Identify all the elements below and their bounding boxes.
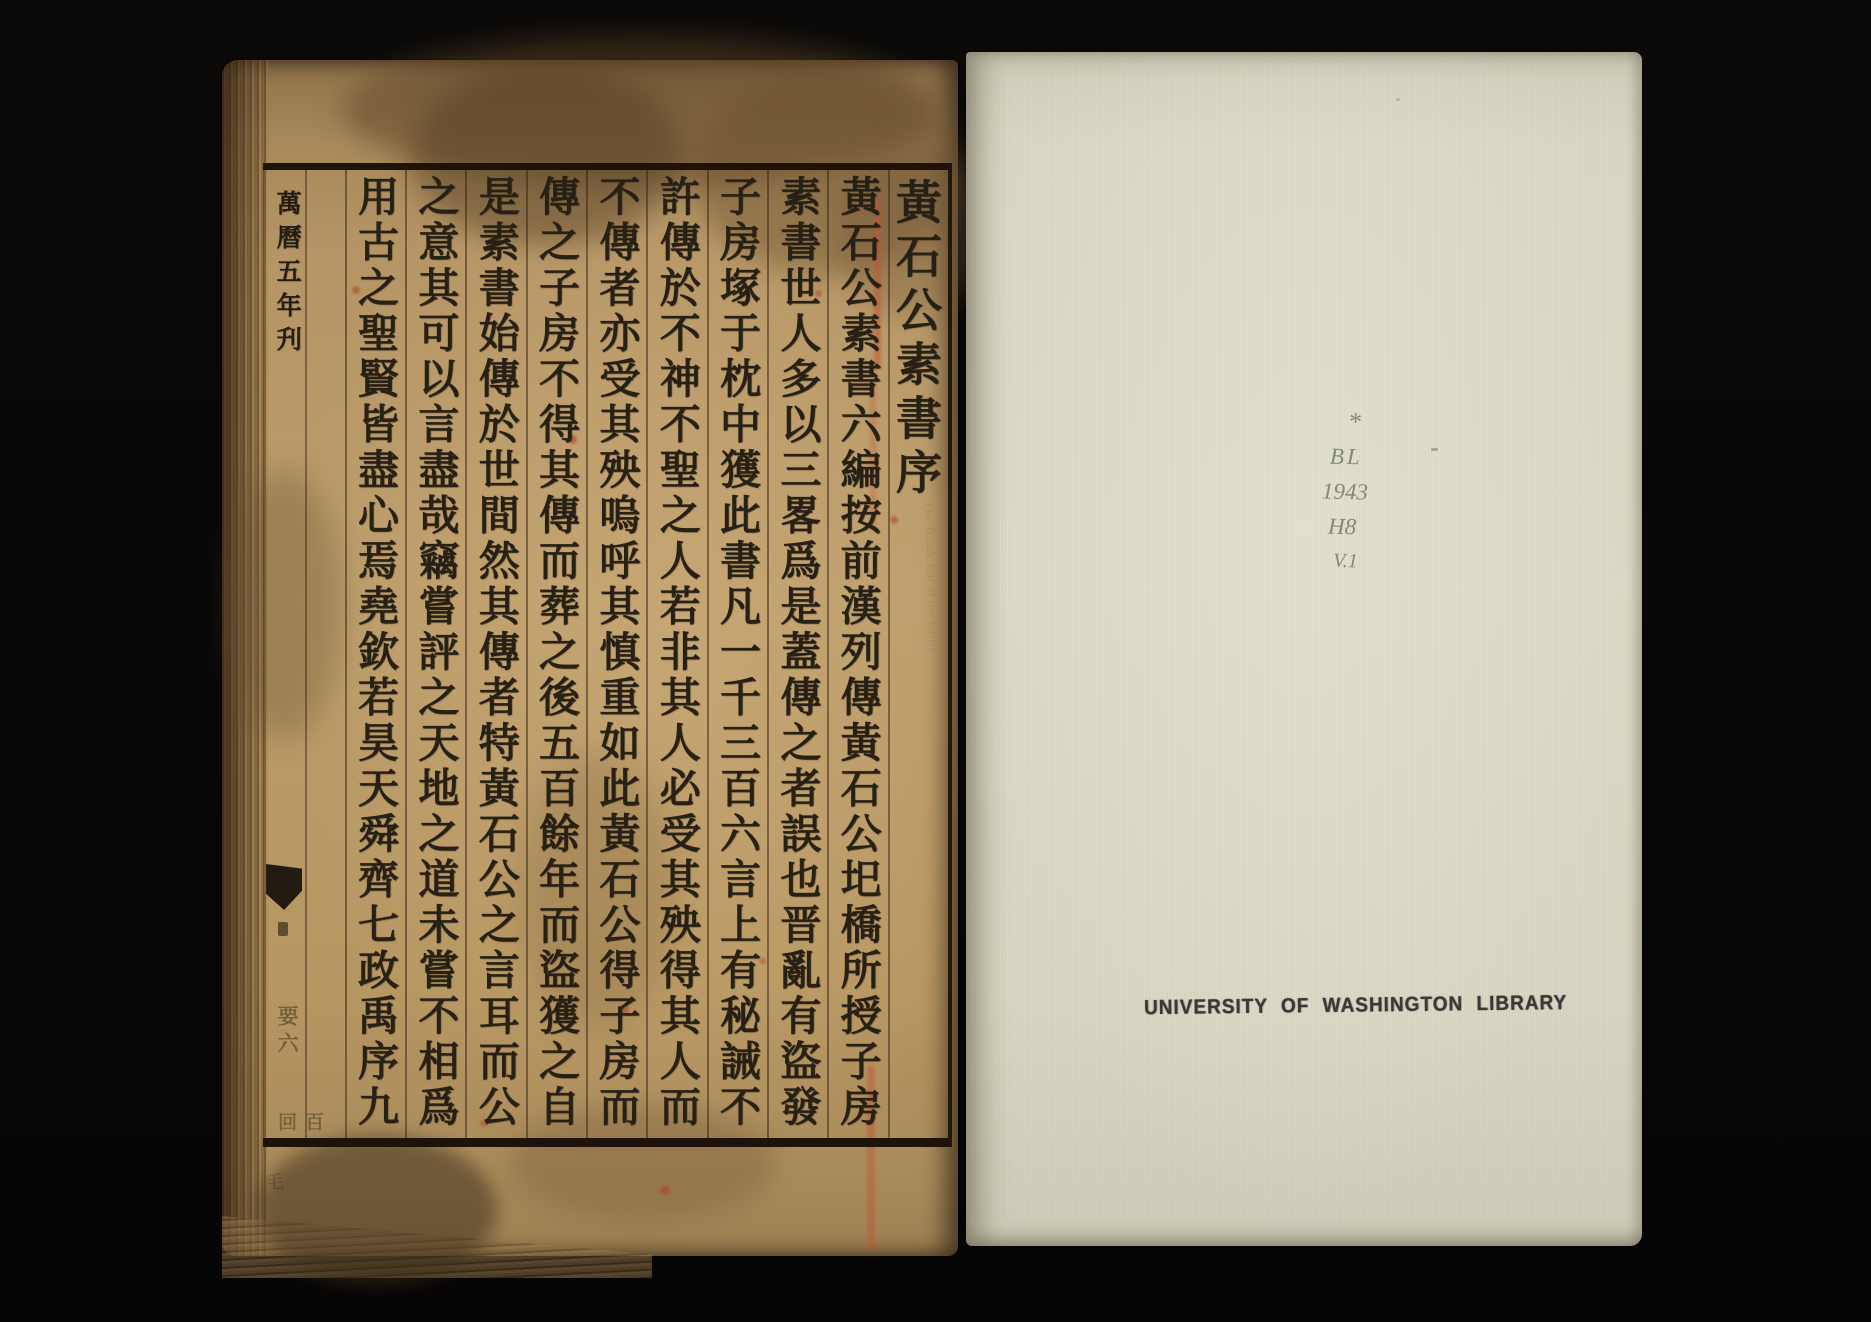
- text-columns: 黃石公素書序 黃石公素書六編按前漢列傳黃石公圯橋所授子房 素書世人多以三畧爲是蓋…: [263, 170, 948, 1138]
- fold-fragment: 毛: [266, 1168, 284, 1194]
- call-number-line: H8: [1328, 509, 1368, 545]
- fishtail-printers-mark: [266, 864, 302, 910]
- call-number-line: V.1: [1333, 544, 1367, 580]
- text-column-5: 不傳者亦受其殃嗚呼其慎重如此黃石公得子房而: [586, 170, 646, 1138]
- call-number-line: BL: [1329, 439, 1369, 475]
- text-column-2: 素書世人多以三畧爲是蓋傳之者誤也晋亂有盜發: [767, 170, 827, 1138]
- text-block-frame: 黃石公素書序 黃石公素書六編按前漢列傳黃石公圯橋所授子房 素書世人多以三畧爲是蓋…: [263, 163, 952, 1147]
- call-number-line: 1943: [1322, 473, 1369, 509]
- edition-date-label: 萬曆五年刋: [268, 190, 304, 360]
- text-column-7: 是素書始傳於世間然其傳者特黃石公之言耳而公: [465, 170, 525, 1138]
- fold-spine-column: 萬曆五年刋 要六 百回: [263, 170, 305, 1138]
- call-number-asterisk: *: [1347, 404, 1370, 440]
- text-column-6: 傳之子房不得其傳而葬之後五百餘年而盜獲之自: [526, 170, 586, 1138]
- text-column-3: 子房塚于枕中獲此書凡一千三百六言上有秘誡不: [707, 170, 767, 1138]
- red-fleck: [660, 1186, 670, 1195]
- text-column-4: 許傳於不神不聖之人若非其人必受其殃得其人而: [646, 170, 706, 1138]
- library-ownership-stamp: UNIVERSITY OF WASHINGTON LIBRARY: [1144, 993, 1444, 1020]
- text-column-9: 用古之聖賢皆盡心焉堯欽若昊天舜齊七政禹序九: [345, 170, 405, 1138]
- book-scan-stage: 黃石公素書序 黃石公素書六編按前漢列傳黃石公圯橋所授子房 素書世人多以三畧爲是蓋…: [0, 0, 1871, 1322]
- fold-margin-gap: [305, 170, 345, 1138]
- right-page: * BL 1943 H8 V.1 UNIVERSITY OF WASHINGTO…: [966, 52, 1642, 1246]
- pencil-speck: [1431, 448, 1438, 451]
- title-column: 黃石公素書序: [888, 170, 948, 1138]
- ink-tick: [278, 922, 288, 936]
- pencil-call-number: * BL 1943 H8 V.1: [1320, 403, 1371, 579]
- text-column-1: 黃石公素書六編按前漢列傳黃石公圯橋所授子房: [827, 170, 887, 1138]
- water-stain: [257, 1135, 497, 1285]
- left-page: 黃石公素書序 黃石公素書六編按前漢列傳黃石公圯橋所授子房 素書世人多以三畧爲是蓋…: [222, 60, 958, 1256]
- pencil-speck: [1396, 98, 1400, 101]
- fold-fragment: 百回: [272, 1112, 326, 1138]
- fold-fragment: 要六: [272, 1005, 302, 1059]
- text-column-8: 之意其可以言盡哉竊嘗評之天地之道未嘗不相爲: [405, 170, 465, 1138]
